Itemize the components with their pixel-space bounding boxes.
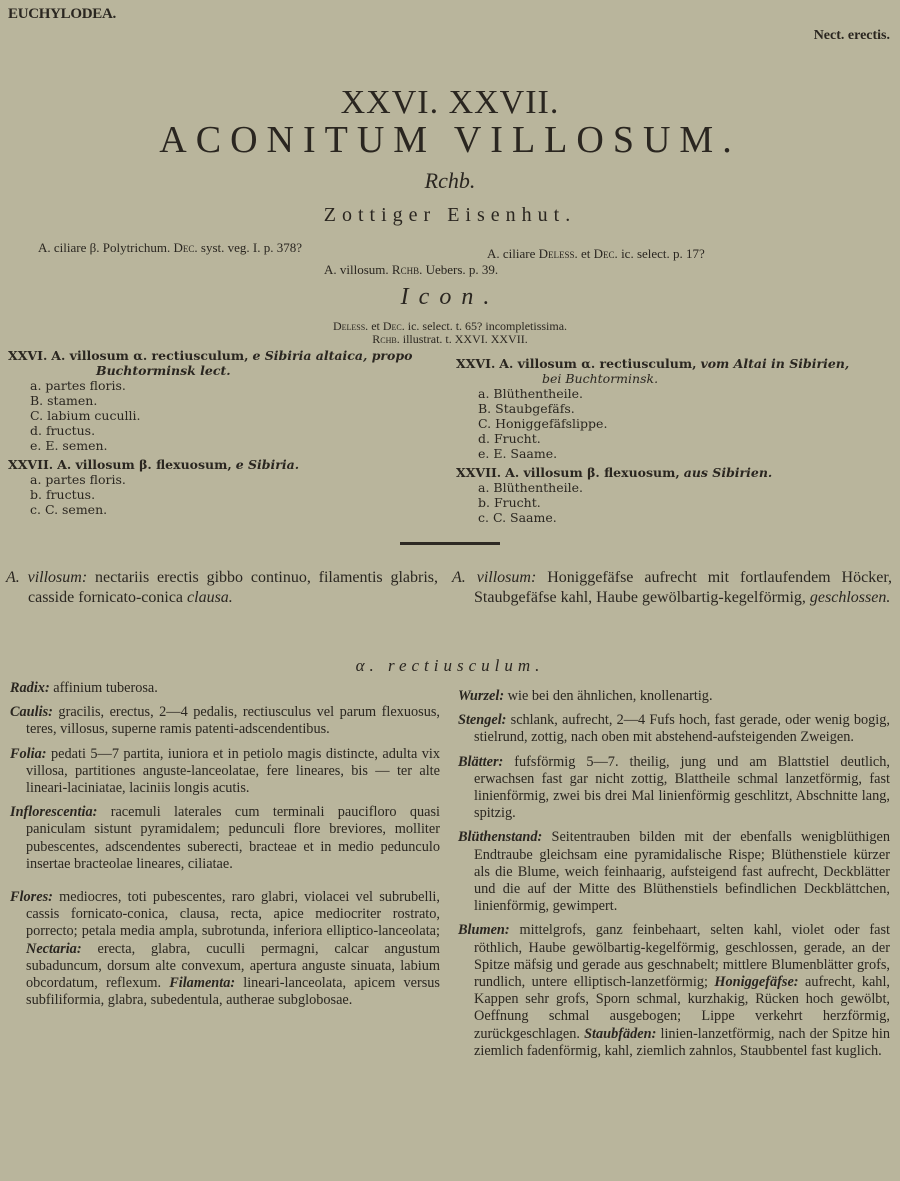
common-name: Zottiger Eisenhut. [0,204,900,227]
section-divider [400,542,500,545]
description-german: Wurzel: wie bei den ähnlichen, knollenar… [458,688,890,1067]
running-header-right: Nect. erectis. [814,28,890,44]
desc-blaetter: Blätter: fufsförmig 5—7. theilig, jung u… [458,754,890,823]
desc-blumen: Blumen: mittelgrofs, ganz feinbehaart, s… [458,922,890,1060]
desc-inflorescentia: Inflorescentia: racemuli laterales cum t… [10,804,440,873]
synonym-3: A. villosum. Rchb. Uebers. p. 39. [324,262,498,278]
diagnosis-german: A. villosum: Honiggefäfse aufrecht mit f… [452,568,892,608]
icon-heading: Icon. [0,284,900,311]
desc-folia: Folia: pedati 5—7 partita, iuniora et in… [10,746,440,798]
desc-bluethenstand: Blüthenstand: Seitentrauben bilden mit d… [458,829,890,915]
desc-radix: Radix: affinium tuberosa. [10,680,440,697]
icon-references: Deless. et Dec. ic. select. t. 65? incom… [0,320,900,346]
species-title: ACONITUM VILLOSUM. [0,118,900,162]
variety-heading: α. rectiusculum. [0,656,900,676]
plate-numbers: XXVI. XXVII. [0,84,900,122]
running-header-left: EUCHYLODEA. [8,6,116,23]
desc-wurzel: Wurzel: wie bei den ähnlichen, knollenar… [458,688,890,705]
plate-explanation-german: XXVI. A. villosum α. rectiusculum, vom A… [456,356,896,525]
desc-caulis: Caulis: gracilis, erectus, 2—4 pedalis, … [10,704,440,738]
diagnosis-latin: A. villosum: nectariis erectis gibbo con… [6,568,438,608]
synonym-1: A. ciliare β. Polytrichum. Dec. syst. ve… [38,240,302,256]
desc-flores: Flores: mediocres, toti pubescentes, rar… [10,889,440,1009]
plate-explanation-latin: XXVI. A. villosum α. rectiusculum, e Sib… [8,348,448,517]
synonym-2: A. ciliare Deless. et Dec. ic. select. p… [487,246,705,262]
description-latin: Radix: affinium tuberosa. Caulis: gracil… [10,680,440,1016]
species-author: Rchb. [0,168,900,194]
desc-stengel: Stengel: schlank, aufrecht, 2—4 Fufs hoc… [458,712,890,746]
